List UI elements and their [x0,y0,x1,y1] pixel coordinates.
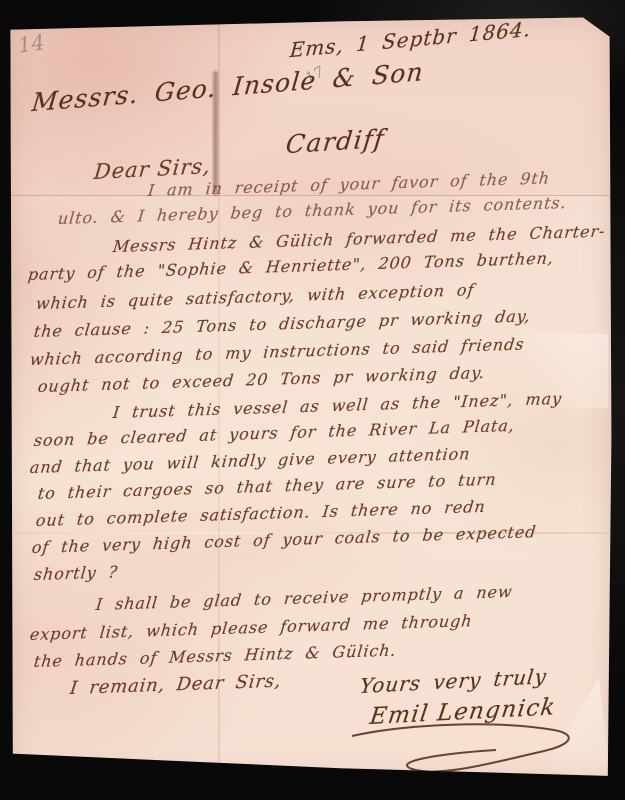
body-line: which is quite satisfactory, with except… [35,280,475,313]
signature-flourish [346,722,586,784]
body-line: ought not to exceed 20 Tons pr working d… [37,363,486,396]
dateline: Ems, 1 Septbr 1864. [289,17,532,62]
closing-right: Yours very truly [359,664,549,698]
letter-paper: 14 Ems, 1 Septbr 1864. 17 Messrs. Geo. I… [8,16,612,782]
photo-backdrop: 14 Ems, 1 Septbr 1864. 17 Messrs. Geo. I… [0,0,625,800]
closing-left: I remain, Dear Sirs, [69,671,283,699]
pencil-page-number: 14 [16,30,46,57]
body-line: shortly ? [33,562,119,584]
recipient-city: Cardiff [284,124,386,159]
body-line: I shall be glad to receive promptly a ne… [95,582,514,614]
body-line: ulto. & I hereby beg to thank you for it… [57,193,568,228]
body-line: export list, which please forward me thr… [29,611,474,644]
body-line: the hands of Messrs Hintz & Gülich. [33,641,398,671]
recipient-line: Messrs. Geo. Insole & Son [31,57,426,117]
body-line: party of the "Sophie & Henriette", 200 T… [27,248,555,284]
